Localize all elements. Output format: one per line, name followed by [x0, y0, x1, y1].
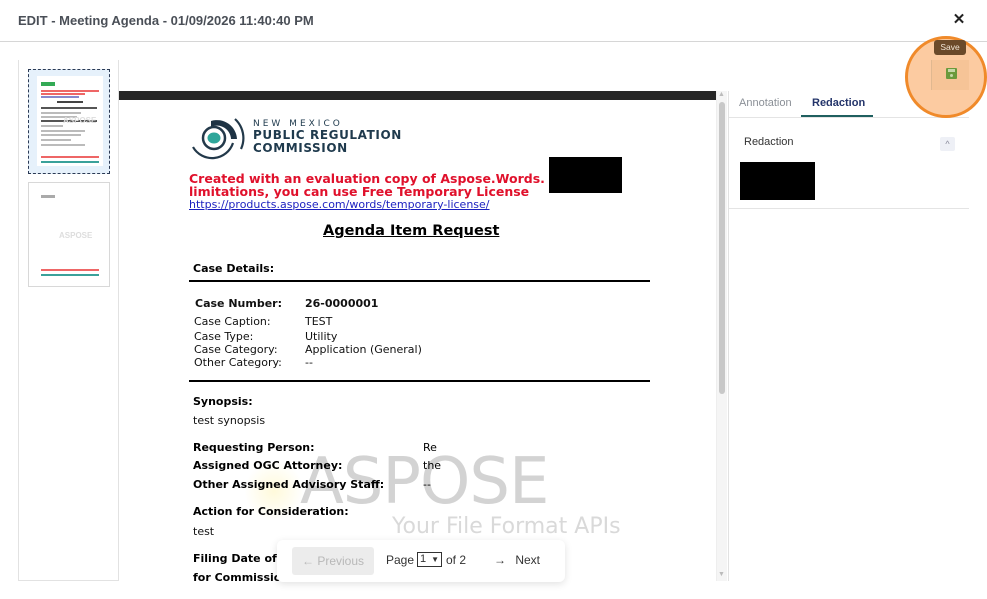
action-heading: Action for Consideration: [193, 505, 349, 518]
field-value: 26-0000001 [305, 297, 378, 310]
aspose-watermark-tagline: Your File Format APIs [392, 514, 621, 539]
previous-label: Previous [317, 554, 364, 568]
document-title: Agenda Item Request [323, 223, 499, 239]
page-label: Page [386, 553, 414, 567]
field-label: Case Caption: [194, 315, 271, 328]
redaction-section-title: Redaction [744, 136, 794, 148]
close-icon[interactable]: ✕ [952, 12, 966, 28]
floppy-disk-icon [946, 68, 957, 79]
synopsis-heading: Synopsis: [193, 395, 253, 408]
next-page-button[interactable]: → Next [494, 553, 540, 567]
annotation-panel: Annotation Redaction Redaction ^ [728, 91, 970, 581]
divider [189, 380, 650, 382]
scroll-up-icon[interactable]: ▲ [718, 91, 725, 98]
thumbnail-page-preview: ASPOSE [37, 189, 103, 279]
field-value: the [423, 459, 441, 472]
scroll-down-icon[interactable]: ▼ [718, 571, 725, 578]
next-label: Next [515, 553, 540, 567]
current-page-value: 1 [420, 553, 426, 565]
thumbnail-watermark: ASPOSE [59, 231, 92, 240]
thumbnail-page-1[interactable]: ASPOSE [28, 69, 110, 174]
thumbnail-watermark: ASPOSE [63, 116, 96, 125]
field-label: Requesting Person: [193, 441, 315, 454]
org-line-3: COMMISSION [253, 142, 402, 155]
field-label: Case Type: [194, 330, 253, 343]
arrow-right-icon: → [494, 553, 506, 567]
field-label: Case Number: [195, 297, 282, 310]
dialog-title: EDIT - Meeting Agenda - 01/09/2026 11:40… [18, 13, 314, 28]
field-label: Assigned OGC Attorney: [193, 459, 342, 472]
divider [189, 280, 650, 282]
field-value: Application (General) [305, 343, 422, 356]
page-select[interactable]: 1 ▼ [417, 552, 442, 567]
chevron-up-icon[interactable]: ^ [940, 137, 955, 151]
page-count: of 2 [446, 553, 466, 567]
organization-name: NEW MEXICO PUBLIC REGULATION COMMISSION [253, 119, 402, 155]
document-viewer[interactable]: NEW MEXICO PUBLIC REGULATION COMMISSION … [119, 91, 727, 581]
save-button[interactable] [931, 60, 969, 90]
field-value: -- [305, 356, 313, 369]
edit-meeting-agenda-dialog: EDIT - Meeting Agenda - 01/09/2026 11:40… [0, 0, 987, 599]
case-details-heading: Case Details: [193, 262, 274, 275]
arrow-left-icon: ← [302, 554, 314, 568]
field-label: Case Category: [194, 343, 278, 356]
previous-page-button[interactable]: ← Previous [292, 547, 374, 575]
field-value: Utility [305, 330, 337, 343]
active-tab-indicator [801, 115, 873, 117]
evaluation-notice: Created with an evaluation copy of Aspos… [189, 172, 565, 198]
page-thumbnails: ASPOSE ASPOSE [18, 60, 119, 581]
field-label: Other Assigned Advisory Staff: [193, 478, 384, 491]
filing-date-heading: Filing Date of [193, 552, 277, 565]
redaction-section: Redaction ^ [729, 119, 969, 209]
tab-redaction[interactable]: Redaction [812, 97, 865, 109]
field-value: Re [423, 441, 437, 454]
field-value: TEST [305, 315, 332, 328]
save-tooltip: Save [934, 40, 966, 55]
field-label: Other Category: [194, 356, 282, 369]
action-text: test [193, 525, 214, 538]
synopsis-text: test synopsis [193, 414, 265, 427]
document-scrollbar[interactable]: ▲ ▼ [716, 91, 727, 581]
evaluation-line-2: limitations, you can use Free Temporary … [189, 185, 565, 198]
temporary-license-link[interactable]: https://products.aspose.com/words/tempor… [189, 198, 490, 211]
tab-annotation[interactable]: Annotation [739, 97, 792, 109]
pagination-bar: ← Previous Page 1 ▼ of 2 → Next [277, 540, 565, 582]
filing-date-heading-2: for Commissio [193, 571, 281, 581]
thumbnail-page-preview: ASPOSE [37, 76, 103, 166]
redaction-swatch[interactable] [740, 162, 815, 200]
document-top-bar [119, 91, 716, 100]
nmprc-logo-icon [189, 113, 245, 161]
field-value: -- [423, 478, 431, 491]
chevron-down-icon: ▼ [431, 553, 439, 566]
dialog-header: EDIT - Meeting Agenda - 01/09/2026 11:40… [0, 0, 987, 42]
scrollbar-thumb[interactable] [719, 102, 725, 394]
thumbnail-page-2[interactable]: ASPOSE [28, 182, 110, 287]
redaction-box[interactable] [549, 157, 622, 193]
